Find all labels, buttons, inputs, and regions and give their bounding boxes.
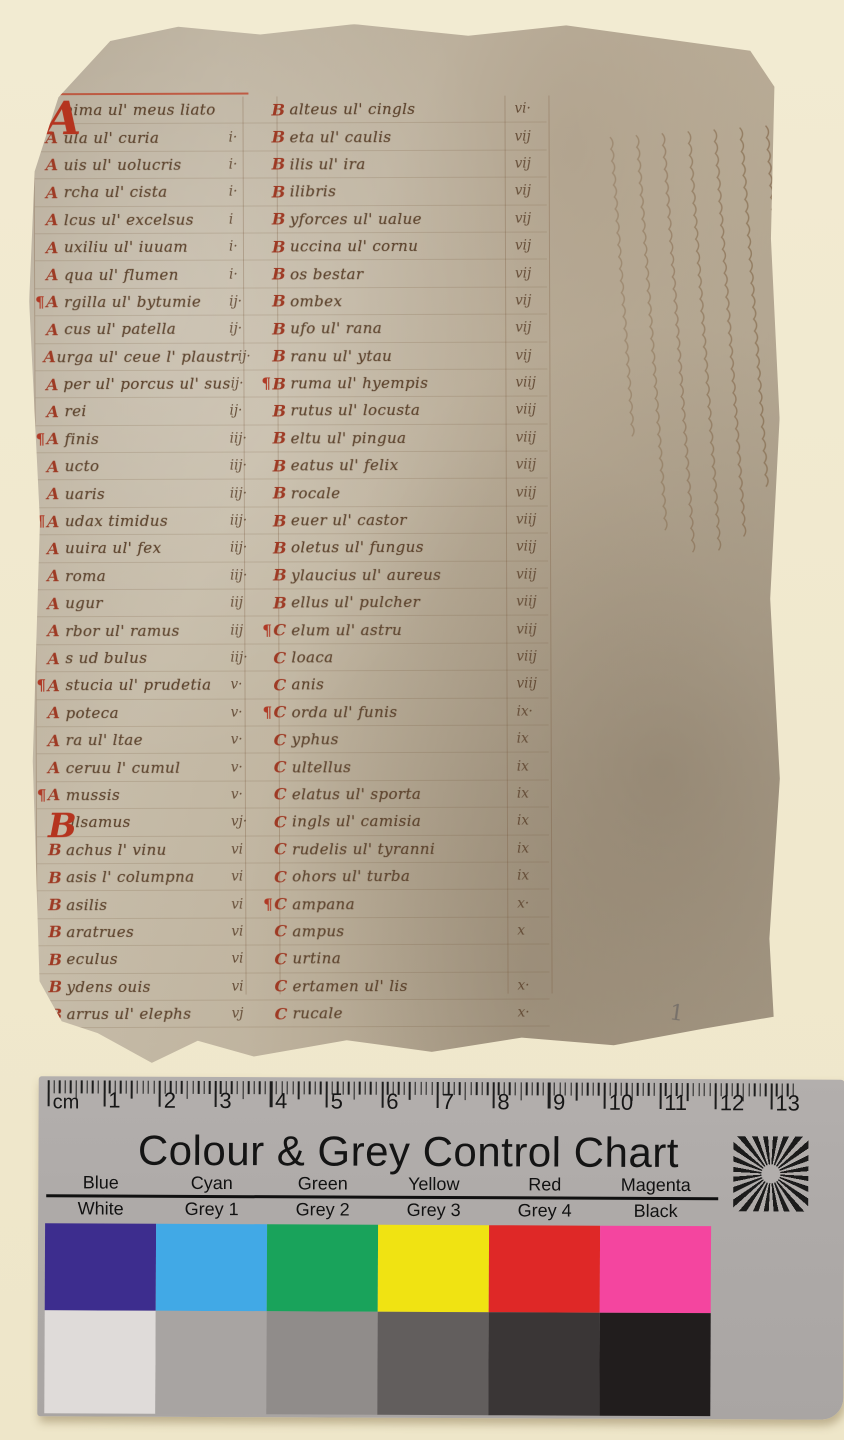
red-paragraph-mark: ¶ bbox=[263, 703, 274, 721]
entry-text: ceruu l' cumul bbox=[66, 758, 181, 776]
entry-numeral: v· bbox=[231, 732, 263, 748]
entry-numeral: ix bbox=[517, 785, 549, 801]
entry-right: Bellus ul' pulcherviij bbox=[262, 592, 548, 612]
entry-text: asilis bbox=[66, 896, 107, 914]
ruler-tick bbox=[659, 1083, 661, 1109]
entry-right: Buccina ul' cornuvij bbox=[261, 236, 547, 256]
entry-left: Barrus ul' elephsvj bbox=[38, 1004, 264, 1024]
manuscript-row: BaratruesviCampusx bbox=[37, 917, 549, 946]
entry-numeral: iij· bbox=[230, 567, 262, 583]
entry-text: roma bbox=[65, 567, 106, 585]
entry-right: Campusx bbox=[263, 921, 549, 941]
entry-text: ellus ul' pulcher bbox=[291, 593, 420, 611]
ruler-tick bbox=[159, 1081, 161, 1107]
ruler-tick bbox=[409, 1082, 410, 1100]
entry-initial: A bbox=[47, 457, 65, 476]
entry-initial: A bbox=[47, 621, 65, 640]
ruler-tick bbox=[470, 1082, 471, 1095]
red-paragraph-mark: ¶ bbox=[263, 895, 274, 913]
ruler-tick bbox=[759, 1083, 760, 1096]
manuscript-row: Aurga ul' ceue l' plaustrij·Branu ul' yt… bbox=[35, 342, 547, 371]
ruler-tick bbox=[593, 1083, 594, 1096]
ruler-number: 13 bbox=[775, 1090, 800, 1116]
ruler-tick bbox=[259, 1081, 260, 1094]
entry-text: oletus ul' fungus bbox=[291, 538, 424, 556]
ruler-tick bbox=[648, 1083, 649, 1096]
entry-numeral: viij bbox=[516, 484, 548, 500]
marginalia-line bbox=[766, 126, 785, 461]
ruler-number: 6 bbox=[386, 1089, 398, 1115]
ruler-tick bbox=[348, 1082, 349, 1095]
entry-left: Auarisiij· bbox=[36, 484, 262, 504]
entry-numeral: v· bbox=[231, 759, 263, 775]
entry-initial: C bbox=[275, 977, 293, 996]
marginalia-line bbox=[714, 129, 746, 536]
entry-text: s ud bulus bbox=[65, 649, 147, 667]
entry-numeral: vi· bbox=[514, 101, 546, 117]
ruler-tick bbox=[370, 1082, 371, 1095]
entry-initial: C bbox=[274, 812, 292, 831]
marginalia-line bbox=[610, 137, 634, 436]
ruler-tick bbox=[415, 1082, 416, 1095]
entry-text: ylaucius ul' aureus bbox=[291, 566, 441, 585]
patch-red bbox=[489, 1225, 600, 1312]
ruler-number: 5 bbox=[331, 1089, 343, 1115]
entry-left: ¶Amussisv· bbox=[37, 785, 263, 805]
entry-text: ingls ul' camisia bbox=[292, 812, 421, 830]
entry-text: ruma ul' hyempis bbox=[290, 374, 428, 392]
ruler-tick bbox=[537, 1082, 538, 1095]
manuscript-row: Auuira ul' fexiij·Boletus ul' fungusviij bbox=[36, 534, 548, 563]
entry-right: Beatus ul' felixviij bbox=[262, 455, 548, 475]
ruler-number: 11 bbox=[664, 1090, 687, 1116]
entry-numeral: ij· bbox=[229, 321, 261, 337]
entry-left: Archa ul' cistai· bbox=[35, 182, 261, 202]
manuscript-row: Basis l' columpnaviCohors ul' turbaix bbox=[37, 862, 549, 891]
entry-left: Aqua ul' flumeni· bbox=[35, 265, 261, 285]
entry-right: Crudelis ul' tyranniix bbox=[263, 839, 549, 859]
entry-numeral: viij bbox=[516, 512, 548, 528]
ruler-tick bbox=[181, 1081, 182, 1094]
manuscript-row: Aceruu l' cumulv·Cultellusix bbox=[37, 753, 549, 782]
ruler-tick bbox=[715, 1083, 717, 1109]
ruler-tick bbox=[698, 1083, 699, 1096]
entry-right: Balteus ul' cinglsvi· bbox=[260, 99, 546, 119]
ruler-tick bbox=[426, 1082, 427, 1095]
entry-numeral: viij bbox=[516, 621, 548, 637]
ruler-number: 3 bbox=[219, 1088, 231, 1114]
marginalia-line bbox=[662, 133, 695, 552]
red-paragraph-mark: ¶ bbox=[261, 375, 272, 393]
entry-numeral: viij bbox=[516, 429, 548, 445]
entry-numeral: viij bbox=[516, 402, 548, 418]
entry-numeral: ij· bbox=[230, 403, 262, 419]
patch-label: Grey 4 bbox=[489, 1200, 600, 1221]
entry-initial: A bbox=[47, 649, 65, 668]
red-paragraph-mark: ¶ bbox=[262, 621, 273, 639]
entry-text: loaca bbox=[291, 648, 333, 666]
entry-numeral: ix· bbox=[517, 703, 549, 719]
ruler-tick bbox=[520, 1082, 521, 1100]
entry-left: Acus ul' patellaij· bbox=[35, 319, 261, 339]
ruler-tick bbox=[237, 1081, 238, 1094]
entry-initial: C bbox=[274, 949, 292, 968]
entry-right: ¶Bruma ul' hyempisviij bbox=[261, 373, 547, 393]
ruler-tick bbox=[526, 1082, 527, 1095]
red-paragraph-mark: ¶ bbox=[36, 430, 47, 448]
entry-text: ohors ul' turba bbox=[292, 867, 410, 885]
colour-patches-row bbox=[45, 1223, 711, 1313]
manuscript-row: BeculusviCurtina bbox=[37, 945, 549, 974]
entry-numeral: v· bbox=[231, 704, 263, 720]
manuscript-row: ¶Astucia ul' prudetiav·Canisviij bbox=[36, 671, 548, 700]
rubric-margin-line bbox=[34, 93, 36, 145]
entry-initial: A bbox=[46, 210, 64, 229]
entry-numeral: ix bbox=[517, 813, 549, 829]
entry-text: achus l' vinu bbox=[66, 841, 167, 859]
entry-text: rbor ul' ramus bbox=[65, 621, 179, 639]
ruler-tick bbox=[765, 1083, 766, 1096]
ruler-tick bbox=[365, 1082, 366, 1095]
entry-initial: B bbox=[48, 923, 66, 942]
ruler-tick bbox=[704, 1083, 705, 1096]
entry-text: uccina ul' cornu bbox=[290, 237, 418, 255]
entry-left: Auis ul' uolucrisi· bbox=[35, 155, 261, 175]
photograph-stage: Anima ul' meus liatoBalteus ul' cinglsvi… bbox=[0, 0, 844, 1440]
entry-text: rudelis ul' tyranni bbox=[292, 840, 435, 858]
ruler-tick bbox=[687, 1083, 688, 1101]
folio-number: 1 bbox=[668, 1000, 685, 1027]
entry-initial: B bbox=[272, 237, 290, 256]
ruler-tick bbox=[693, 1083, 694, 1096]
entry-initial: C bbox=[274, 757, 292, 776]
patch-label: Cyan bbox=[156, 1173, 267, 1194]
manuscript-row: Aqua ul' flumeni·Bos bestarvij bbox=[35, 260, 547, 289]
entry-numeral: i· bbox=[229, 184, 261, 200]
entry-right: Bilibrisvij bbox=[261, 181, 547, 201]
red-paragraph-mark: ¶ bbox=[37, 786, 48, 804]
entry-initial: C bbox=[273, 675, 291, 694]
entry-numeral: v· bbox=[231, 786, 263, 802]
entry-text: anis bbox=[291, 676, 324, 694]
entry-right: Byforces ul' ualuevij bbox=[261, 209, 547, 229]
entry-right: Bufo ul' ranavij bbox=[261, 318, 547, 338]
entry-numeral: x· bbox=[518, 977, 550, 993]
entry-numeral: ij· bbox=[238, 348, 262, 364]
ruler-tick bbox=[315, 1081, 316, 1094]
patch-label: Red bbox=[489, 1174, 600, 1195]
entry-left: Auuira ul' fexiij· bbox=[36, 538, 262, 558]
patch-black bbox=[599, 1313, 710, 1416]
entry-text: ranu ul' ytau bbox=[290, 347, 392, 365]
entry-right: Beta ul' caulisvij bbox=[261, 127, 547, 147]
ruler-tick bbox=[203, 1081, 204, 1094]
manuscript-row: Aula ul' curiai·Beta ul' caulisvij bbox=[35, 123, 547, 152]
patch-grey-4 bbox=[488, 1312, 599, 1415]
ruler-tick bbox=[153, 1081, 154, 1094]
patch-label: Grey 3 bbox=[378, 1200, 489, 1221]
ruler-tick bbox=[381, 1082, 383, 1108]
entry-numeral: iij· bbox=[230, 513, 262, 529]
patch-grey-2 bbox=[266, 1311, 377, 1414]
entry-text: mussis bbox=[66, 786, 120, 804]
entry-numeral: ix bbox=[517, 840, 549, 856]
entry-initial: C bbox=[274, 922, 292, 941]
patch-white bbox=[44, 1310, 155, 1413]
entry-initial: B bbox=[48, 950, 66, 969]
entry-initial: A bbox=[43, 347, 56, 366]
entry-text: stucia ul' prudetia bbox=[65, 676, 211, 695]
entry-numeral: iij· bbox=[230, 485, 262, 501]
entry-left: Basilisvi bbox=[37, 895, 263, 915]
manuscript-row: Alcus ul' excelsusiByforces ul' ualuevij bbox=[35, 205, 547, 234]
entry-text: eta ul' caulis bbox=[290, 128, 392, 146]
entry-right: Branu ul' ytauvij bbox=[261, 346, 547, 366]
entry-text: euer ul' castor bbox=[291, 511, 407, 529]
entry-text: lcus ul' excelsus bbox=[64, 210, 194, 228]
entry-text: rutus ul' locusta bbox=[291, 401, 421, 419]
entry-text: ufo ul' rana bbox=[290, 319, 382, 337]
ruler-tick bbox=[531, 1082, 532, 1095]
entry-numeral: iij bbox=[230, 622, 262, 638]
entry-initial: B bbox=[272, 210, 290, 229]
entry-left: Baratruesvi bbox=[37, 922, 263, 942]
entry-numeral: v· bbox=[230, 677, 262, 693]
entry-left: Basis l' columpnavi bbox=[37, 867, 263, 887]
entry-numeral: viij bbox=[515, 375, 547, 391]
entry-right: Cohors ul' turbaix bbox=[263, 866, 549, 886]
entry-right: Bombexvij bbox=[261, 291, 547, 311]
patch-label: Black bbox=[600, 1201, 711, 1222]
entry-numeral: viij bbox=[516, 648, 548, 664]
entry-right: Curtina bbox=[263, 948, 549, 968]
entry-text: per ul' porcus ul' sus bbox=[63, 375, 230, 394]
manuscript-row: Aper ul' porcus ul' susij·¶Bruma ul' hye… bbox=[35, 369, 547, 398]
entry-initial: B bbox=[48, 822, 66, 832]
entry-numeral: i· bbox=[229, 266, 261, 282]
entry-text: os bestar bbox=[290, 265, 363, 283]
entry-numeral: vij bbox=[515, 347, 547, 363]
entry-text: poteca bbox=[66, 704, 119, 722]
manuscript-row: Bydens ouisviCertamen ul' lisx· bbox=[38, 972, 550, 1001]
entry-text: uaris bbox=[65, 485, 105, 503]
entry-text: urtina bbox=[292, 950, 341, 968]
ruler-tick bbox=[604, 1083, 606, 1109]
entry-right: Bilis ul' iravij bbox=[261, 154, 547, 174]
entry-initial: B bbox=[273, 511, 291, 530]
entry-left: ¶Astucia ul' prudetiav· bbox=[36, 675, 262, 695]
entry-numeral: iij· bbox=[230, 540, 262, 556]
entry-text: asis l' columpna bbox=[66, 868, 194, 886]
ruler-number: 10 bbox=[609, 1090, 634, 1116]
ruler-tick bbox=[598, 1083, 599, 1096]
entry-left: ¶Audax timidusiij· bbox=[36, 511, 262, 531]
patch-yellow bbox=[378, 1225, 489, 1312]
entry-numeral: iij bbox=[230, 595, 262, 611]
entry-initial: B bbox=[272, 264, 290, 283]
ruler-tick bbox=[137, 1081, 138, 1094]
ruler-tick bbox=[248, 1081, 249, 1094]
entry-numeral: vi bbox=[231, 951, 263, 967]
entry-initial: C bbox=[275, 1004, 293, 1023]
entry-left: Anima ul' meus liato bbox=[34, 101, 260, 120]
entry-text: eculus bbox=[66, 950, 118, 968]
entry-left: Aromaiij· bbox=[36, 566, 262, 586]
entry-initial: B bbox=[272, 155, 290, 174]
manuscript-row: Auctoiij·Beatus ul' felixviij bbox=[36, 452, 548, 481]
manuscript-row: Auarisiij·Brocaleviij bbox=[36, 479, 548, 508]
manuscript-row: ¶Afinisiij·Beltu ul' pinguaviij bbox=[36, 424, 548, 453]
patch-magenta bbox=[600, 1226, 711, 1313]
patch-label: Yellow bbox=[378, 1174, 489, 1195]
colour-grey-control-chart: 12345678910111213 cm Colour & Grey Contr… bbox=[37, 1076, 844, 1420]
manuscript-row: ¶Argilla ul' bytumieij·Bombexvij bbox=[35, 287, 547, 316]
entry-text: ombex bbox=[290, 292, 342, 310]
entry-numeral: vj bbox=[232, 1006, 264, 1022]
entry-right: Bos bestarvij bbox=[261, 264, 547, 284]
ruler-tick bbox=[192, 1081, 193, 1094]
ruler-tick bbox=[142, 1081, 143, 1094]
entry-text: cus ul' patella bbox=[64, 320, 176, 338]
entry-initial: C bbox=[274, 867, 292, 886]
entry-right: Bylaucius ul' aureusviij bbox=[262, 565, 548, 585]
entry-initial: B bbox=[49, 977, 67, 996]
ruler-tick bbox=[459, 1082, 460, 1095]
entry-text: ucto bbox=[65, 457, 100, 475]
ruler-number: 12 bbox=[720, 1090, 745, 1116]
ruler-tick bbox=[309, 1081, 310, 1094]
ruler-number: 1 bbox=[108, 1088, 120, 1114]
entry-left: Beculusvi bbox=[37, 949, 263, 969]
manuscript-row: ¶Amussisv·Celatus ul' sportaix bbox=[37, 780, 549, 809]
ruler-tick bbox=[487, 1082, 488, 1095]
entry-right: Brutus ul' locustaviij bbox=[262, 400, 548, 420]
patch-blue bbox=[45, 1223, 156, 1310]
manuscript-row: AuguriijBellus ul' pulcherviij bbox=[36, 589, 548, 618]
entry-initial: A bbox=[47, 484, 65, 503]
marginalia-notes bbox=[568, 112, 785, 593]
patch-label: Grey 1 bbox=[156, 1199, 267, 1220]
ruler-tick bbox=[48, 1080, 50, 1106]
entry-right: Brocaleviij bbox=[262, 483, 548, 503]
entry-numeral: iij· bbox=[230, 430, 262, 446]
ruler-tick bbox=[125, 1081, 126, 1094]
entry-text: yforces ul' ualue bbox=[290, 210, 422, 228]
entry-initial: B bbox=[272, 182, 290, 201]
ruler-tick bbox=[643, 1083, 644, 1096]
colour-labels-row: BlueCyanGreenYellowRedMagenta bbox=[45, 1172, 711, 1196]
ruler-tick bbox=[148, 1081, 149, 1094]
red-paragraph-mark: ¶ bbox=[35, 293, 46, 311]
entry-numeral: i· bbox=[229, 239, 261, 255]
manuscript-row: Balsamusvj·Cingls ul' camisiaix bbox=[37, 808, 549, 837]
manuscript-row: Aromaiij·Bylaucius ul' aureusviij bbox=[36, 561, 548, 590]
entry-initial: B bbox=[273, 401, 291, 420]
entry-initial: A bbox=[47, 594, 65, 613]
entry-initial: C bbox=[274, 894, 292, 913]
entry-text: elatus ul' sporta bbox=[292, 785, 421, 803]
entry-right: Cyphusix bbox=[263, 729, 549, 749]
entry-text: alteus ul' cingls bbox=[289, 100, 415, 118]
entry-text: finis bbox=[65, 430, 100, 448]
entry-numeral: ix bbox=[517, 868, 549, 884]
ruler-tick bbox=[581, 1083, 582, 1096]
entry-left: Areiij· bbox=[36, 401, 262, 421]
manuscript-row: ¶Audax timidusiij·Beuer ul' castorviij bbox=[36, 506, 548, 535]
ruler-scale: 12345678910111213 bbox=[39, 1076, 844, 1120]
entry-initial: A bbox=[47, 402, 65, 421]
entry-numeral: vi bbox=[231, 923, 263, 939]
entry-numeral: vij bbox=[515, 265, 547, 281]
entry-numeral: vij bbox=[515, 292, 547, 308]
patch-label: Grey 2 bbox=[267, 1199, 378, 1220]
ruler-tick bbox=[303, 1081, 304, 1094]
entry-numeral: viij bbox=[516, 594, 548, 610]
ruler-tick bbox=[81, 1080, 82, 1093]
ruler-tick bbox=[92, 1080, 93, 1093]
marginalia-line bbox=[636, 135, 667, 530]
ruler-tick bbox=[198, 1081, 199, 1094]
entry-text: rocale bbox=[291, 484, 341, 502]
manuscript-row: Archa ul' cistai·Bilibrisvij bbox=[35, 178, 547, 207]
ruler-tick bbox=[587, 1083, 588, 1096]
grey-labels-row: WhiteGrey 1Grey 2Grey 3Grey 4Black bbox=[45, 1198, 711, 1222]
ruler-number: 8 bbox=[497, 1089, 509, 1115]
entry-initial: B bbox=[273, 593, 291, 612]
entry-initial: C bbox=[274, 840, 292, 859]
ruler-tick bbox=[242, 1081, 243, 1099]
entry-right: ¶Corda ul' funisix· bbox=[263, 702, 549, 722]
ruler-tick bbox=[420, 1082, 421, 1095]
entry-initial: B bbox=[273, 566, 291, 585]
entry-initial: C bbox=[273, 620, 291, 639]
entry-text: rgilla ul' bytumie bbox=[64, 293, 201, 311]
ruler-tick bbox=[709, 1083, 710, 1096]
manuscript-row: Auxiliu ul' iuuami·Buccina ul' cornuvij bbox=[35, 232, 547, 261]
manuscript-page: Anima ul' meus liatoBalteus ul' cinglsvi… bbox=[22, 17, 784, 1068]
entry-initial: A bbox=[47, 512, 65, 531]
entry-numeral: vj· bbox=[231, 814, 263, 830]
entry-numeral: viij bbox=[516, 539, 548, 555]
entry-initial: A bbox=[46, 265, 64, 284]
manuscript-row: Areiij·Brutus ul' locustaviij bbox=[35, 397, 547, 426]
entry-numeral: ij· bbox=[231, 376, 262, 392]
entry-initial: B bbox=[272, 374, 290, 393]
ruler-tick bbox=[542, 1082, 543, 1095]
entry-numeral: x· bbox=[518, 1005, 550, 1021]
entry-text: ampana bbox=[292, 895, 355, 913]
manuscript-row: Apotecav·¶Corda ul' funisix· bbox=[37, 698, 549, 727]
entry-right: Certamen ul' lisx· bbox=[264, 976, 550, 996]
ruler-tick bbox=[326, 1081, 328, 1107]
ruler-tick bbox=[465, 1082, 466, 1100]
ruler-tick bbox=[754, 1083, 755, 1096]
entry-initial: B bbox=[48, 895, 66, 914]
ruler-number: 2 bbox=[164, 1088, 176, 1114]
chart-title: Colour & Grey Control Chart bbox=[98, 1127, 718, 1178]
entry-numeral: i· bbox=[229, 129, 261, 145]
ruler-tick bbox=[403, 1082, 404, 1095]
manuscript-row: Ara ul' ltaev·Cyphusix bbox=[37, 725, 549, 754]
entry-text: rcha ul' cista bbox=[64, 183, 168, 201]
patch-label: Green bbox=[267, 1173, 378, 1194]
red-paragraph-mark: ¶ bbox=[36, 512, 47, 530]
entry-initial: A bbox=[47, 539, 65, 558]
entry-right: Cloacaviij bbox=[262, 647, 548, 667]
entry-numeral: vi bbox=[231, 896, 263, 912]
entry-numeral: x bbox=[517, 922, 549, 938]
entry-text: yphus bbox=[292, 730, 339, 748]
